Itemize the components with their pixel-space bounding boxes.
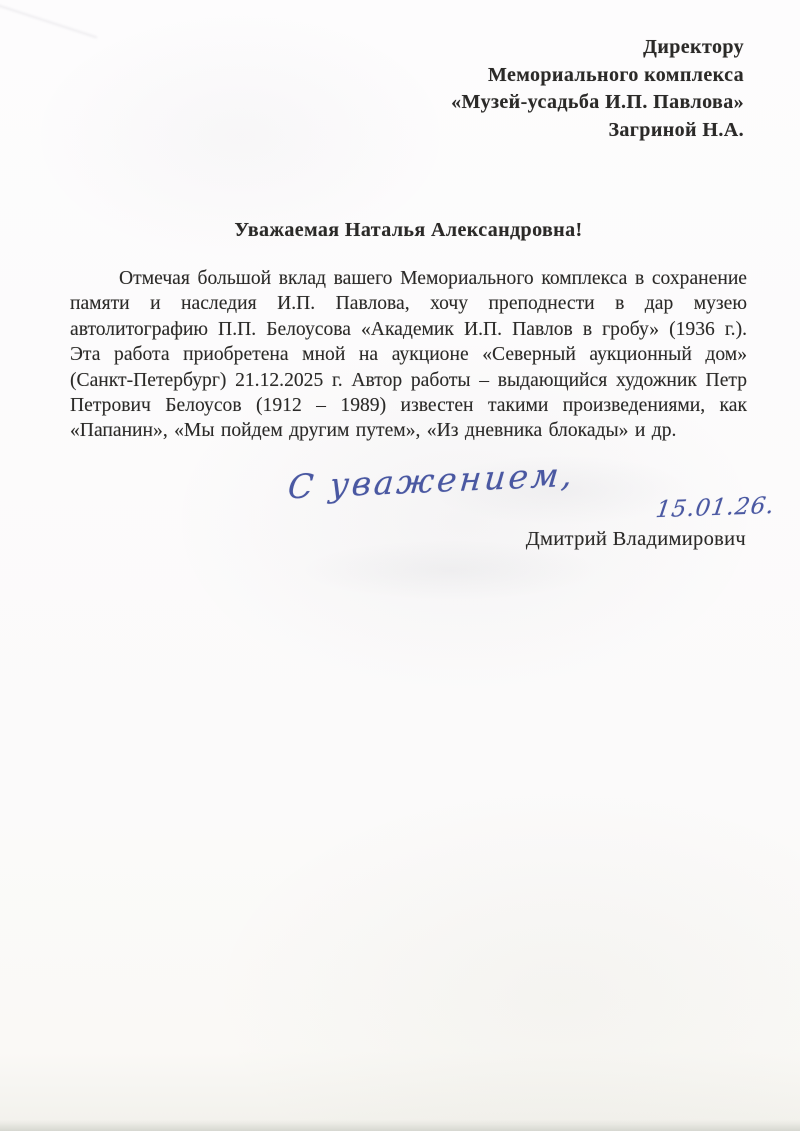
body-paragraph: Отмечая большой вклад вашего Мемориально… — [70, 266, 747, 444]
recipient-line: Мемориального комплекса — [451, 62, 744, 90]
scan-bottom-edge — [0, 1124, 800, 1131]
recipient-block: Директору Мемориального комплекса «Музей… — [451, 34, 744, 144]
salutation: Уважаемая Наталья Александровна! — [70, 219, 747, 242]
handwritten-date: 15.01.26. — [654, 493, 776, 523]
scanned-letter-page: Директору Мемориального комплекса «Музей… — [0, 0, 800, 1131]
recipient-line: «Музей-усадьба И.П. Павлова» — [451, 89, 744, 117]
paper-crease — [0, 0, 97, 38]
signature-name: Дмитрий Владимирович — [526, 528, 746, 551]
recipient-line: Загриной Н.А. — [451, 117, 744, 145]
recipient-line: Директору — [451, 34, 744, 62]
